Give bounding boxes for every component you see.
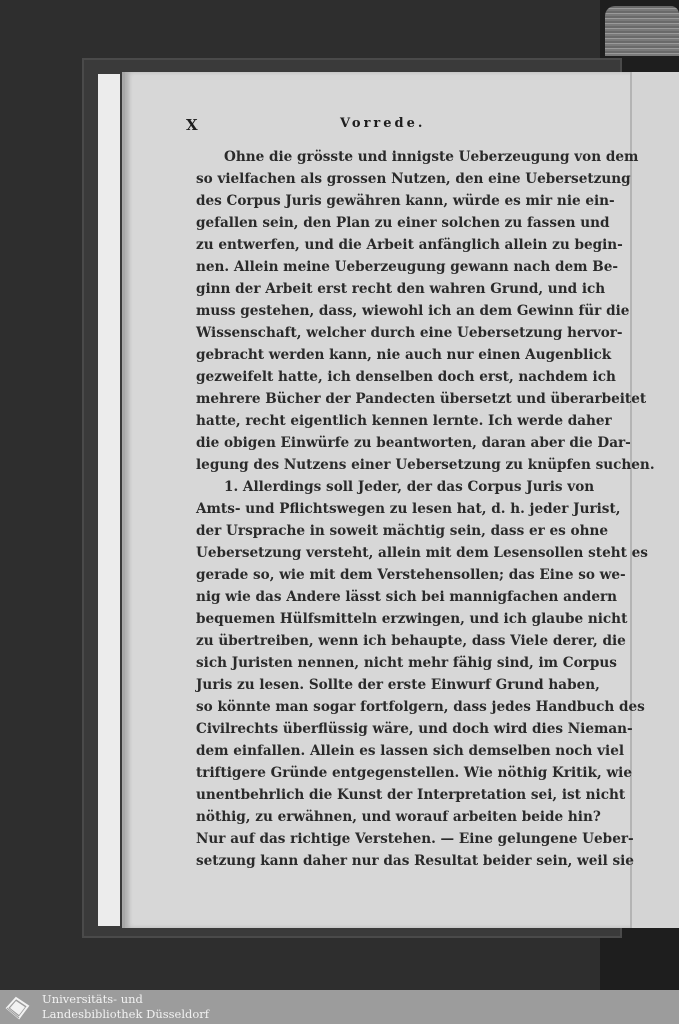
- text-line: muss gestehen, dass, wiewohl ich an dem …: [196, 300, 582, 322]
- text-line: Amts- und Pflichtswegen zu lesen hat, d.…: [196, 498, 582, 520]
- text-line: sich Juristen nennen, nicht mehr fähig s…: [196, 652, 582, 674]
- library-name-line2: Landesbibliothek Düsseldorf: [42, 1007, 209, 1021]
- text-line: triftigere Gründe entgegenstellen. Wie n…: [196, 762, 582, 784]
- text-line: 1. Allerdings soll Jeder, der das Corpus…: [196, 476, 582, 498]
- ulb-book-logo-icon: [4, 994, 32, 1022]
- book-fore-edge: [605, 6, 679, 56]
- text-line: Nur auf das richtige Verstehen. — Eine g…: [196, 828, 582, 850]
- text-line: des Corpus Juris gewähren kann, würde es…: [196, 190, 582, 212]
- text-line: so könnte man sogar fortfolgern, dass je…: [196, 696, 582, 718]
- text-line: unentbehrlich die Kunst der Interpretati…: [196, 784, 582, 806]
- facing-page-edge: [630, 72, 679, 928]
- text-line: zu übertreiben, wenn ich behaupte, dass …: [196, 630, 582, 652]
- text-line: setzung kann daher nur das Resultat beid…: [196, 850, 582, 872]
- library-name-line1: Universitäts- und: [42, 992, 143, 1006]
- text-line: legung des Nutzens einer Uebersetzung zu…: [196, 454, 582, 476]
- text-line: zu entwerfen, und die Arbeit anfänglich …: [196, 234, 582, 256]
- text-line: dem einfallen. Allein es lassen sich dem…: [196, 740, 582, 762]
- text-line: die obigen Einwürfe zu beantworten, dara…: [196, 432, 582, 454]
- text-line: gebracht werden kann, nie auch nur einen…: [196, 344, 582, 366]
- text-line: nöthig, zu erwähnen, und worauf arbeiten…: [196, 806, 582, 828]
- text-line: hatte, recht eigentlich kennen lernte. I…: [196, 410, 582, 432]
- text-line: der Ursprache in soweit mächtig sein, da…: [196, 520, 582, 542]
- text-line: Juris zu lesen. Sollte der erste Einwurf…: [196, 674, 582, 696]
- text-line: gefallen sein, den Plan zu einer solchen…: [196, 212, 582, 234]
- text-line: bequemen Hülfsmitteln erzwingen, und ich…: [196, 608, 582, 630]
- text-line: Wissenschaft, welcher durch eine Ueberse…: [196, 322, 582, 344]
- text-line: Civilrechts überflüssig wäre, und doch w…: [196, 718, 582, 740]
- text-line: Uebersetzung versteht, allein mit dem Le…: [196, 542, 582, 564]
- page-text: Ohne die grösste und innigste Ueberzeugu…: [196, 146, 582, 872]
- text-line: gezweifelt hatte, ich denselben doch ers…: [196, 366, 582, 388]
- text-line: nig wie das Andere lässt sich bei mannig…: [196, 586, 582, 608]
- text-line: ginn der Arbeit erst recht den wahren Gr…: [196, 278, 582, 300]
- text-line: so vielfachen als grossen Nutzen, den ei…: [196, 168, 582, 190]
- library-footer: Universitäts- und Landesbibliothek Düsse…: [0, 990, 679, 1024]
- text-line: mehrere Bücher der Pandecten übersetzt u…: [196, 388, 582, 410]
- running-head: Vorrede.: [340, 116, 425, 131]
- page-edge-strip: [98, 74, 120, 926]
- text-line: nen. Allein meine Ueberzeugung gewann na…: [196, 256, 582, 278]
- page-number: X: [186, 116, 198, 134]
- text-line: gerade so, wie mit dem Verstehensollen; …: [196, 564, 582, 586]
- text-line: Ohne die grösste und innigste Ueberzeugu…: [196, 146, 582, 168]
